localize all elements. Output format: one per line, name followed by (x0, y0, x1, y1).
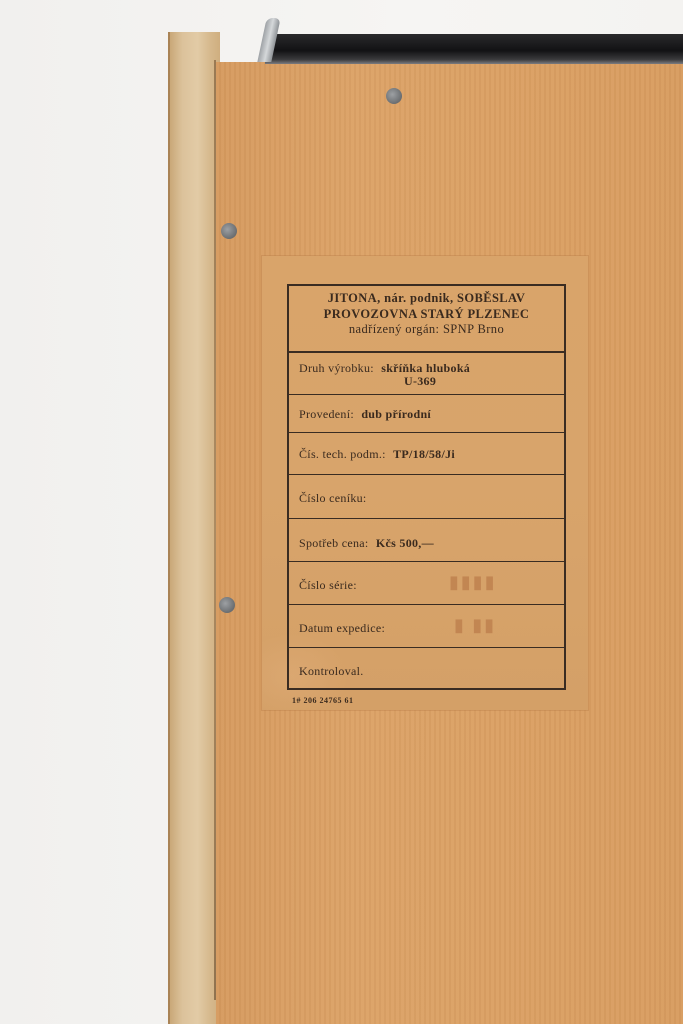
row-label: Provedení: (299, 407, 354, 421)
row-value: dub přírodní (361, 407, 431, 421)
faded-stamp: ▮ ▮▮ (454, 615, 496, 636)
label-row-tech-spec: Čís. tech. podm.: TP/18/58/Ji (289, 433, 564, 475)
row-label: Druh výrobku: (299, 361, 374, 375)
nail-icon (386, 88, 402, 104)
label-row-finish: Provedení: dub přírodní (289, 395, 564, 433)
manufacturer-line: JITONA, nár. podnik, SOBĚSLAV (289, 291, 564, 307)
label-row-product-type: Druh výrobku: skříňka hluboká U-369 (289, 353, 564, 395)
authority-line: nadřízený orgán: SPNP Brno (289, 322, 564, 338)
label-row-price: Spotřeb cena: Kčs 500,— (289, 519, 564, 562)
print-code: 1# 206 24765 61 (292, 696, 354, 705)
label-row-dispatch-date: Datum expedice: ▮ ▮▮ (289, 605, 564, 648)
row-value: Kčs 500,— (376, 536, 434, 550)
plant-line: PROVOZOVNA STARÝ PLZENEC (289, 307, 564, 323)
row-label: Datum expedice: (299, 621, 385, 635)
row-value: TP/18/58/Ji (393, 447, 455, 461)
row-label: Čís. tech. podm.: (299, 447, 386, 461)
label-row-price-list: Číslo ceníku: (289, 475, 564, 519)
product-label-form: JITONA, nár. podnik, SOBĚSLAV PROVOZOVNA… (287, 284, 566, 690)
row-label: Kontroloval. (299, 664, 364, 678)
label-row-inspected: Kontroloval. (289, 648, 564, 690)
faded-stamp: ▮▮▮▮ (449, 572, 497, 593)
row-label: Spotřeb cena: (299, 536, 369, 550)
row-label: Číslo ceníku: (299, 491, 367, 505)
row-label: Číslo série: (299, 578, 357, 592)
row-value-model: U-369 (404, 374, 436, 389)
label-header: JITONA, nár. podnik, SOBĚSLAV PROVOZOVNA… (289, 286, 564, 353)
metal-top-bar (265, 34, 683, 64)
label-row-series: Číslo série: ▮▮▮▮ (289, 562, 564, 605)
cabinet-side-edge (168, 32, 220, 1024)
nail-icon (219, 597, 235, 613)
nail-icon (221, 223, 237, 239)
row-value: skříňka hluboká (381, 361, 470, 375)
